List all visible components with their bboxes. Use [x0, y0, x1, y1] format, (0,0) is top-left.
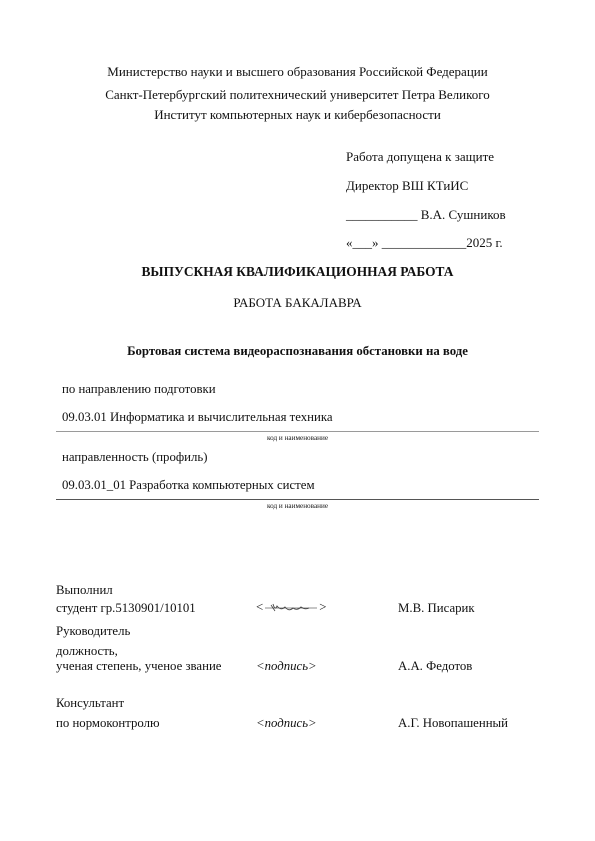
profile-label: направленность (профиль): [62, 450, 207, 465]
supervisor-position-line1: должность,: [56, 644, 118, 659]
supervisor-position-line2: ученая степень, ученое звание: [56, 659, 221, 674]
profile-underline: [56, 499, 539, 500]
direction-caption: код и наименование: [0, 434, 595, 442]
sign-bracket-right: >: [319, 600, 326, 614]
supervisor-role: Руководитель: [56, 624, 130, 639]
document-title: ВЫПУСКНАЯ КВАЛИФИКАЦИОННАЯ РАБОТА: [0, 264, 595, 280]
sign-bracket-left: <: [256, 600, 263, 614]
profile-caption: код и наименование: [0, 502, 595, 510]
institute-line: Институт компьютерных наук и кибербезопа…: [0, 107, 595, 123]
direction-label: по направлению подготовки: [62, 382, 216, 397]
ministry-line: Министерство науки и высшего образования…: [0, 64, 595, 80]
direction-underline: [56, 431, 539, 432]
thesis-topic: Бортовая система видеораспознавания обст…: [0, 344, 595, 359]
approval-director: Директор ВШ КТиИС: [346, 178, 468, 194]
university-line: Санкт-Петербургский политехнический унив…: [0, 87, 595, 103]
approval-signature-line: ___________ В.А. Сушников: [346, 207, 506, 223]
supervisor-name: А.А. Федотов: [398, 659, 472, 674]
supervisor-signature-placeholder: <подпись>: [256, 659, 317, 674]
approval-date-line: «___» _____________2025 г.: [346, 235, 503, 251]
consultant-role: Консультант: [56, 696, 124, 711]
approval-admitted: Работа допущена к защите: [346, 149, 494, 165]
consultant-position: по нормоконтролю: [56, 716, 160, 731]
consultant-name: А.Г. Новопашенный: [398, 716, 508, 731]
handwritten-signature-icon: [263, 602, 319, 614]
profile-value: 09.03.01_01 Разработка компьютерных сист…: [62, 478, 315, 493]
student-role: Выполнил: [56, 583, 113, 598]
student-signature: <>: [256, 600, 326, 615]
student-position: студент гр.5130901/10101: [56, 601, 196, 616]
direction-value: 09.03.01 Информатика и вычислительная те…: [62, 410, 333, 425]
student-name: М.В. Писарик: [398, 601, 475, 616]
document-subtitle: РАБОТА БАКАЛАВРА: [0, 295, 595, 311]
consultant-signature-placeholder: <подпись>: [256, 716, 317, 731]
